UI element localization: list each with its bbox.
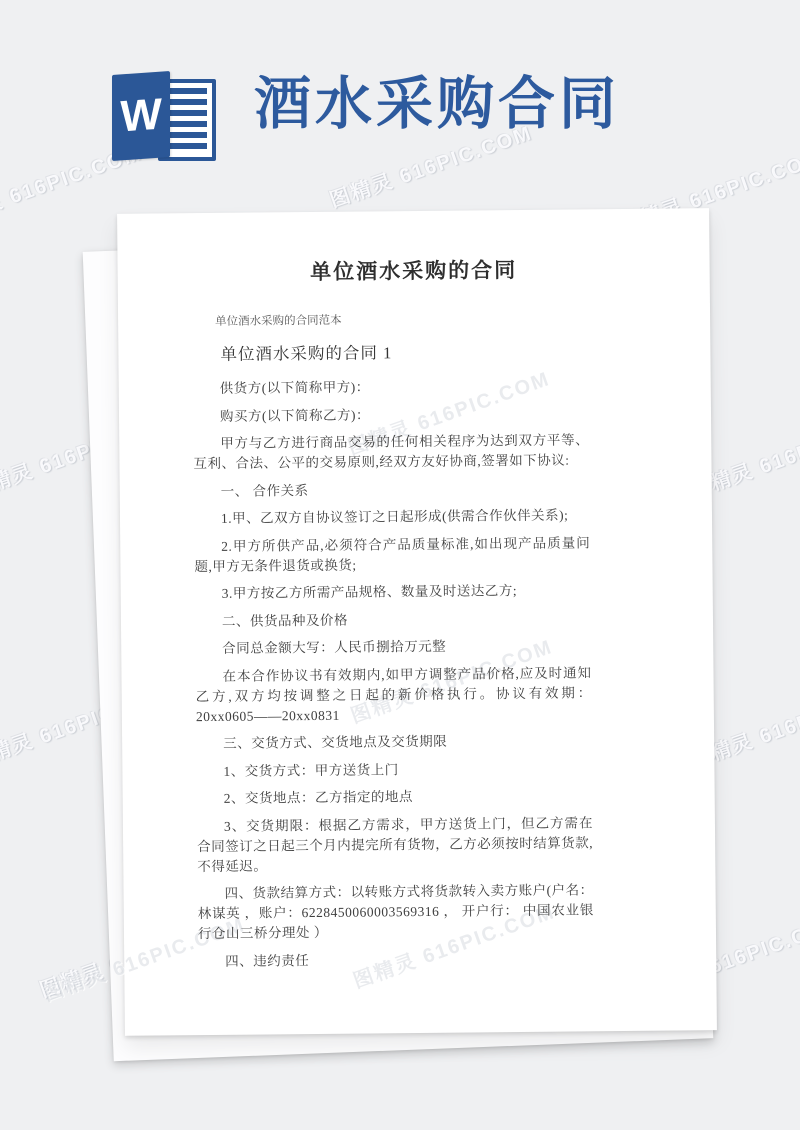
contract-paragraph: 1.甲、乙双方自协议签订之日起形成(供需合作伙伴关系); (194, 505, 590, 529)
document-page: 图精灵 616PIC.COM 图精灵 616PIC.COM 图精灵 616PIC… (117, 208, 717, 1036)
contract-paragraph: 购买方(以下简称乙方)： (193, 403, 589, 427)
contract-paragraph: 2、交货地点：乙方指定的地点 (197, 785, 593, 809)
word-icon-panel: W (112, 71, 170, 161)
contract-paragraph: 在本合作协议书有效期内,如甲方调整产品价格,应及时通知乙方,双方均按调整之日起的… (195, 663, 592, 727)
document-title: 单位酒水采购的合同 (117, 252, 709, 288)
document-subtitle: 单位酒水采购的合同范本 (192, 309, 588, 329)
word-icon-text-lines (167, 88, 207, 152)
page-background: { "meta": { "accent_color": "#2d5a9e", "… (0, 0, 800, 1130)
word-icon: W (112, 70, 216, 164)
document-section-heading: 单位酒水采购的合同 1 (192, 337, 588, 365)
document-content: 单位酒水采购的合同 单位酒水采购的合同范本 单位酒水采购的合同 1 供货方(以下… (117, 208, 716, 972)
contract-paragraph: 四、违约责任 (198, 948, 594, 972)
word-icon-letter: W (120, 93, 162, 140)
contract-paragraph: 供货方(以下简称甲方)： (193, 375, 589, 399)
page-header: W 酒水采购合同 (0, 0, 800, 200)
contract-paragraph: 二、供货品种及价格 (195, 608, 591, 632)
document-paragraphs: 供货方(以下简称甲方)：购买方(以下简称乙方)：甲方与乙方进行商品交易的任何相关… (193, 375, 595, 971)
contract-paragraph: 3.甲方按乙方所需产品规格、数量及时送达乙方; (195, 580, 591, 604)
contract-paragraph: 1、交货方式：甲方送货上门 (196, 758, 592, 782)
contract-paragraph: 四、货款结算方式：以转账方式将货款转入卖方账户(户名：林谋英 ，账户：62284… (198, 880, 595, 944)
contract-paragraph: 3、交货期限：根据乙方需求，甲方送货上门，但乙方需在合同签订之日起三个月内提完所… (197, 813, 594, 877)
contract-paragraph: 一、 合作关系 (194, 478, 590, 502)
page-title: 酒水采购合同 (254, 74, 620, 137)
contract-paragraph: 2.甲方所供产品,必须符合产品质量标准,如出现产品质量问题,甲方无条件退货或换货… (194, 533, 590, 577)
contract-paragraph: 三、交货方式、交货地点及交货期限 (196, 730, 592, 754)
contract-paragraph: 甲方与乙方进行商品交易的任何相关程序为达到双方平等、互利、合法、公平的交易原则,… (193, 430, 589, 474)
document-body: 单位酒水采购的合同范本 单位酒水采购的合同 1 供货方(以下简称甲方)：购买方(… (192, 309, 594, 971)
contract-paragraph: 合同总金额大写：人民币捌拾万元整 (195, 635, 591, 659)
